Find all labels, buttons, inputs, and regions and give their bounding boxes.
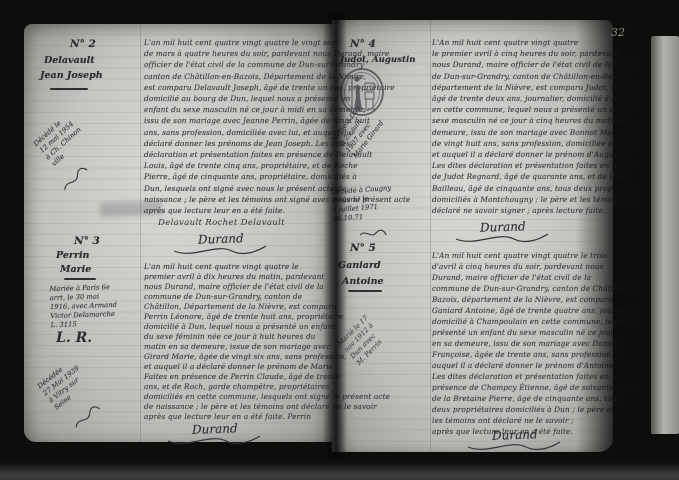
witness-signatures: Delavault Rochet Delavault <box>158 218 285 228</box>
left-page: N° 2 Delavault Jean Joseph Décédé le12 m… <box>24 24 334 442</box>
child-firstname: Marie <box>60 264 91 275</box>
act-line: premier avril à dix heures du matin, par… <box>144 272 332 282</box>
birth-act-2-text: L'an mil huit cent quatre vingt quatre l… <box>144 37 332 216</box>
right-page: N° 4 Judot, Augustin Marié à Dunle 29 ju… <box>332 20 613 452</box>
signature-flourish <box>172 243 268 259</box>
paraph-flourish <box>358 228 388 240</box>
child-surname: Delavault <box>44 55 95 66</box>
child-surname: Perrin <box>56 250 89 261</box>
name-underline <box>50 88 88 90</box>
act-number: N° 5 <box>350 242 376 254</box>
child-name: Judot, Augustin <box>340 55 416 65</box>
act-line: enfant du sexe masculin né ce jour à mid… <box>144 104 332 115</box>
act-line: domicilié à Dun, lequel nous a présenté … <box>144 322 332 332</box>
scanner-bed <box>0 462 679 480</box>
act-line: déclaré donner les prénoms de Jean Josep… <box>144 138 332 149</box>
act-line: Châtillon, Département de la Nièvre, est… <box>144 302 332 312</box>
paraph-flourish <box>57 163 92 196</box>
signature-flourish <box>454 231 550 247</box>
margin-rule <box>430 20 431 452</box>
act-line: commune de Dun-sur-Grandry, canton de <box>144 292 332 302</box>
act-line: L'an mil huit cent quatre vingt quatre l… <box>144 262 332 272</box>
right-edge-shadow <box>576 12 654 464</box>
act-line: est comparu Delavault Joseph, âgé de tre… <box>144 82 332 93</box>
book-gutter-shadow <box>323 14 347 460</box>
act-number: N° 4 <box>350 38 376 50</box>
child-firstname: Jean Joseph <box>40 70 103 81</box>
death-mention: Décédée27 Mai 1939à Vitry surSeine <box>36 357 92 412</box>
folio-number: 32 <box>611 26 625 39</box>
act-line: domiciliés en cette commune, lesquels on… <box>144 392 332 402</box>
paraph-flourish <box>69 401 105 432</box>
act-line: ans, et de Roch, garde champêtre, propri… <box>144 382 332 392</box>
act-line: Louis, âgé de trente cinq ans, propriéta… <box>144 160 332 171</box>
act-line: et auquel il a déclaré donner le prénom … <box>144 362 332 372</box>
act-line: ans, sans profession, domiciliée avec lu… <box>144 127 332 138</box>
act-line: Pierre, âgé de cinquante ans, propriétai… <box>144 171 332 182</box>
name-underline <box>348 290 382 292</box>
act-line: de mars à quatre heures du soir, pardeva… <box>144 48 332 59</box>
officer-initials: L. R. <box>56 330 92 346</box>
act-line: Girard Marie, âgée de vingt six ans, san… <box>144 352 332 362</box>
child-firstname: Antoine <box>342 276 384 287</box>
act-line: nous Durand, maire officier de l'état ci… <box>144 282 332 292</box>
page-block-fore-edge <box>651 36 679 434</box>
act-number: N° 2 <box>70 38 96 50</box>
margin-rule <box>140 24 141 442</box>
birth-act-3-text: L'an mil huit cent quatre vingt quatre l… <box>144 262 332 422</box>
act-line: matin en sa demeure, issue de son mariag… <box>144 342 332 352</box>
act-line: issu de son mariage avec Jeanne Perrin, … <box>144 115 332 126</box>
act-line: déclaration et présentation faites en pr… <box>144 149 332 160</box>
act-line: L'an mil huit cent quatre vingt quatre l… <box>144 37 332 48</box>
register-scan: N° 2 Delavault Jean Joseph Décédé le12 m… <box>0 0 679 480</box>
signature-flourish <box>166 433 262 449</box>
mention-line: L. 3115 <box>50 319 117 330</box>
act-line: après que lecture leur en a été faite. P… <box>144 412 332 422</box>
act-number: N° 3 <box>74 235 100 247</box>
act-line: de naissance ; le père et les témoins on… <box>144 402 332 412</box>
act-line: naissance ; le père et les témoins ont s… <box>144 194 332 205</box>
signature-flourish <box>466 439 562 455</box>
act-line: officier de l'état civil de la commune d… <box>144 59 332 70</box>
act-line: domicilié au bourg de Dun, lequel nous a… <box>144 93 332 104</box>
death-mention: Décédé le12 mai 1954à Ch. Chinonville <box>32 112 89 169</box>
name-underline <box>64 278 96 280</box>
act-line: Perrin Léonore, âgé de trente huit ans, … <box>144 312 332 322</box>
marriage-mention: Mariée à Paris 6earrt, le 30 mai1916, av… <box>49 283 117 330</box>
act-line: du sexe féminin née ce jour à huit heure… <box>144 332 332 342</box>
act-line: après que lecture leur en a été faite. <box>144 205 332 216</box>
act-line: Dun, lesquels ont signé avec nous le pré… <box>144 183 332 194</box>
act-line: Faites en présence de Perrin Claude, âgé… <box>144 372 332 382</box>
act-line: canton de Châtillon-en-Bazois, Départeme… <box>144 71 332 82</box>
